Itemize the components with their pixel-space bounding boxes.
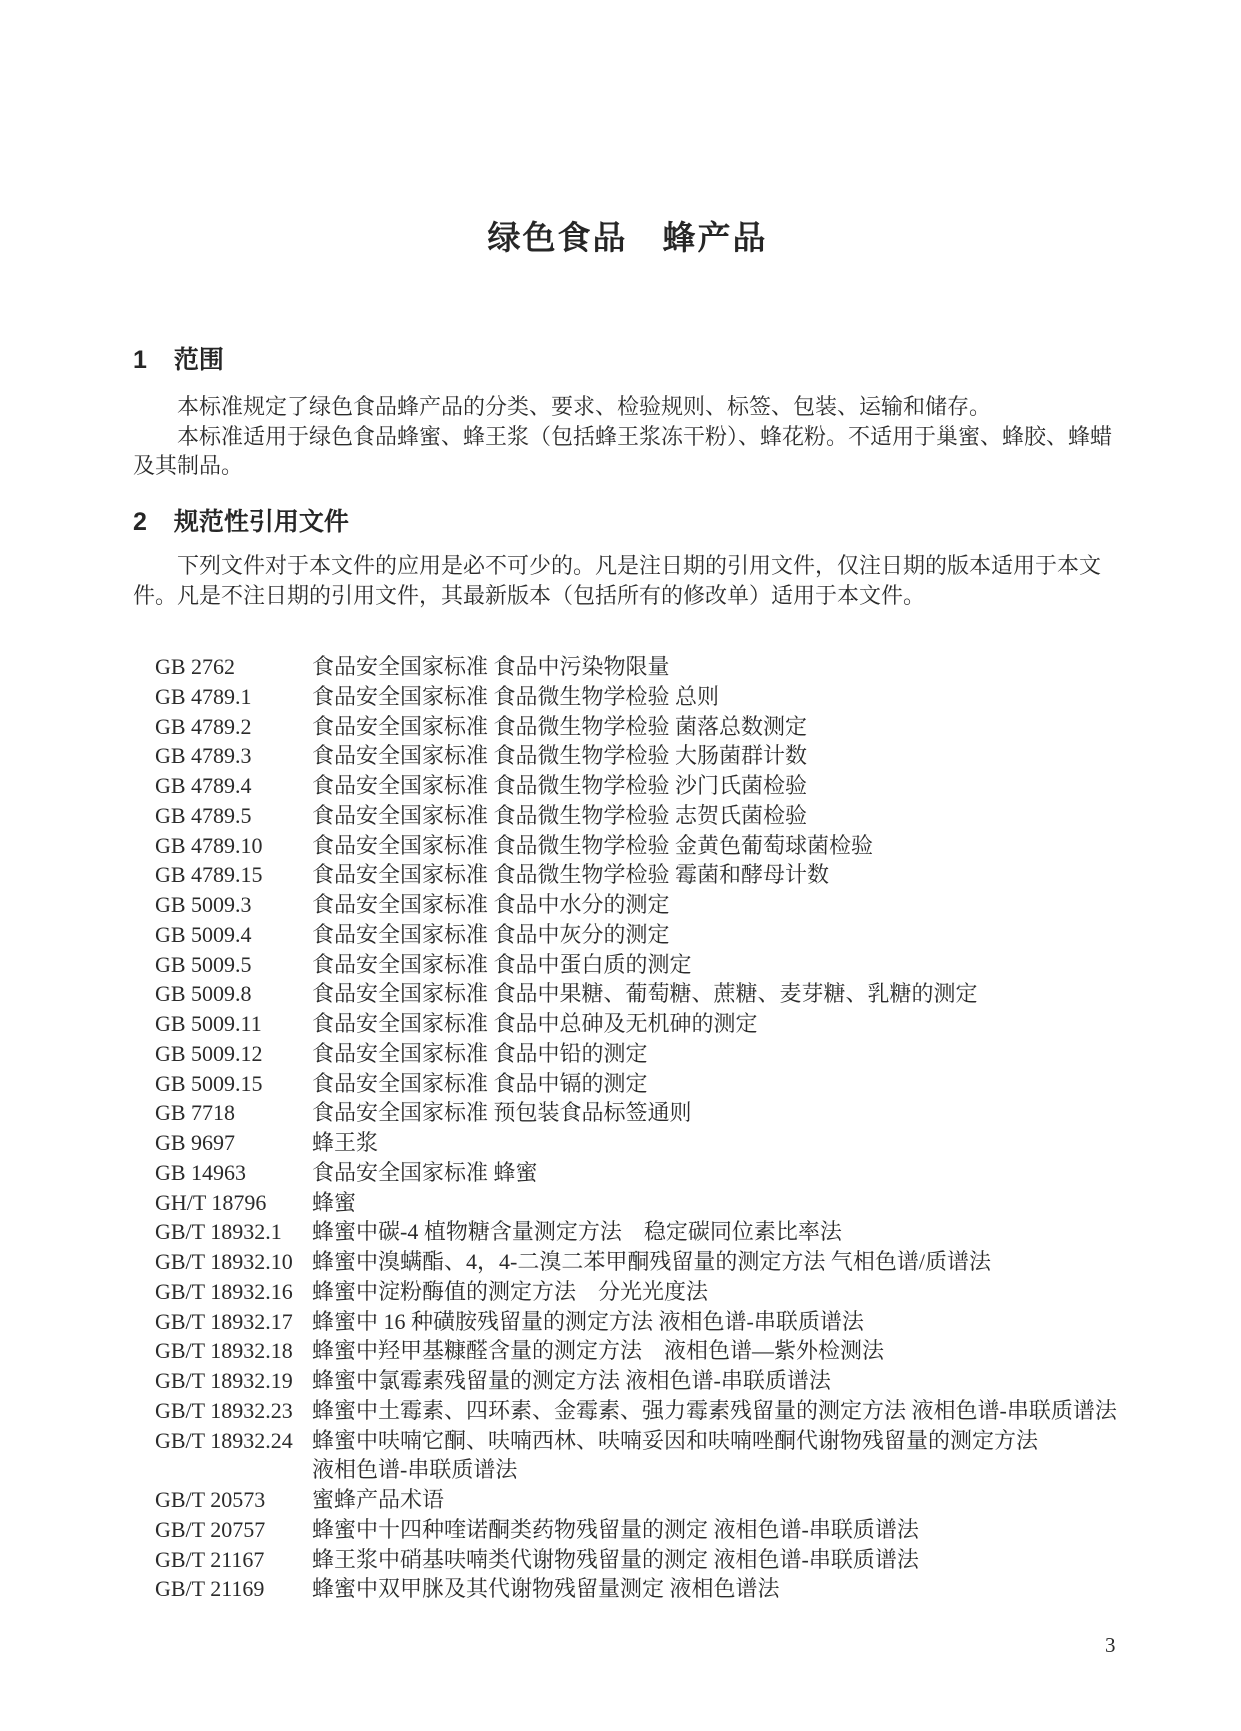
- reference-row: GB/T 18932.1蜂蜜中碳-4 植物糖含量测定方法 稳定碳同位素比率法: [155, 1217, 1155, 1247]
- reference-code: GB/T 21167: [155, 1545, 312, 1575]
- reference-row: GB 4789.3食品安全国家标准 食品微生物学检验 大肠菌群计数: [155, 741, 1155, 771]
- reference-title: 食品安全国家标准 食品中蛋白质的测定: [312, 950, 1155, 980]
- reference-title: 食品安全国家标准 食品中铅的测定: [312, 1039, 1155, 1069]
- reference-code: GB 4789.3: [155, 741, 312, 771]
- reference-title: 食品安全国家标准 蜂蜜: [312, 1158, 1155, 1188]
- reference-row: GB 4789.2食品安全国家标准 食品微生物学检验 菌落总数测定: [155, 712, 1155, 742]
- reference-title: 蜜蜂产品术语: [312, 1485, 1155, 1515]
- reference-code: GB 5009.8: [155, 979, 312, 1009]
- reference-code: GB 4789.15: [155, 860, 312, 890]
- reference-code: GB 4789.4: [155, 771, 312, 801]
- reference-row: GB 5009.11食品安全国家标准 食品中总砷及无机砷的测定: [155, 1009, 1155, 1039]
- reference-title: 食品安全国家标准 食品微生物学检验 志贺氏菌检验: [312, 801, 1155, 831]
- reference-title: 蜂蜜中羟甲基糠醛含量的测定方法 液相色谱—紫外检测法: [312, 1336, 1155, 1366]
- reference-row: GB 5009.3食品安全国家标准 食品中水分的测定: [155, 890, 1155, 920]
- reference-title: 蜂王浆中硝基呋喃类代谢物残留量的测定 液相色谱-串联质谱法: [312, 1545, 1155, 1575]
- reference-title: 蜂王浆: [312, 1128, 1155, 1158]
- reference-code: GB/T 18932.23: [155, 1396, 312, 1426]
- reference-code: GB 5009.15: [155, 1069, 312, 1099]
- reference-title: 食品安全国家标准 食品中镉的测定: [312, 1069, 1155, 1099]
- reference-row: GB 9697蜂王浆: [155, 1128, 1155, 1158]
- paragraph: 本标准适用于绿色食品蜂蜜、蜂王浆（包括蜂王浆冻干粉）、蜂花粉。不适用于巢蜜、蜂胶…: [133, 422, 1125, 481]
- reference-row: GB/T 21167蜂王浆中硝基呋喃类代谢物残留量的测定 液相色谱-串联质谱法: [155, 1545, 1155, 1575]
- reference-code: GB 5009.12: [155, 1039, 312, 1069]
- reference-title: 蜂蜜中碳-4 植物糖含量测定方法 稳定碳同位素比率法: [312, 1217, 1155, 1247]
- reference-code: GB/T 18932.19: [155, 1366, 312, 1396]
- reference-title: 食品安全国家标准 食品中灰分的测定: [312, 920, 1155, 950]
- reference-row: GB 2762食品安全国家标准 食品中污染物限量: [155, 652, 1155, 682]
- reference-title: 蜂蜜中氯霉素残留量的测定方法 液相色谱-串联质谱法: [312, 1366, 1155, 1396]
- reference-row: GB 4789.15食品安全国家标准 食品微生物学检验 霉菌和酵母计数: [155, 860, 1155, 890]
- reference-code: GB 5009.3: [155, 890, 312, 920]
- reference-code: GH/T 18796: [155, 1188, 312, 1218]
- reference-row: GB/T 18932.16蜂蜜中淀粉酶值的测定方法 分光光度法: [155, 1277, 1155, 1307]
- reference-title: 食品安全国家标准 食品微生物学检验 大肠菌群计数: [312, 741, 1155, 771]
- reference-code: GB/T 18932.1: [155, 1217, 312, 1247]
- reference-row: GB 5009.4食品安全国家标准 食品中灰分的测定: [155, 920, 1155, 950]
- reference-title: 蜂蜜: [312, 1188, 1155, 1218]
- section-heading-scope: 1范围: [133, 340, 224, 376]
- reference-title: 食品安全国家标准 预包装食品标签通则: [312, 1098, 1155, 1128]
- reference-code: GB/T 21169: [155, 1574, 312, 1604]
- reference-title: 蜂蜜中 16 种磺胺残留量的测定方法 液相色谱-串联质谱法: [312, 1307, 1155, 1337]
- reference-code: GB/T 18932.18: [155, 1336, 312, 1366]
- reference-row: GB 5009.5食品安全国家标准 食品中蛋白质的测定: [155, 950, 1155, 980]
- reference-row: GB 4789.1食品安全国家标准 食品微生物学检验 总则: [155, 682, 1155, 712]
- reference-row: GB 4789.10食品安全国家标准 食品微生物学检验 金黄色葡萄球菌检验: [155, 831, 1155, 861]
- reference-list: GB 2762食品安全国家标准 食品中污染物限量GB 4789.1食品安全国家标…: [155, 652, 1155, 1604]
- reference-code: GB 9697: [155, 1128, 312, 1158]
- reference-code: GB/T 18932.16: [155, 1277, 312, 1307]
- reference-title: 食品安全国家标准 食品中果糖、葡萄糖、蔗糖、麦芽糖、乳糖的测定: [312, 979, 1155, 1009]
- section-number: 1: [133, 346, 147, 375]
- reference-row: GB/T 18932.10蜂蜜中溴螨酯、4，4-二溴二苯甲酮残留量的测定方法 气…: [155, 1247, 1155, 1277]
- reference-title: 蜂蜜中双甲脒及其代谢物残留量测定 液相色谱法: [312, 1574, 1155, 1604]
- document-page: 绿色食品 蜂产品 1范围 本标准规定了绿色食品蜂产品的分类、要求、检验规则、标签…: [0, 0, 1241, 1731]
- reference-code: GB 5009.11: [155, 1009, 312, 1039]
- reference-row: GB 5009.8食品安全国家标准 食品中果糖、葡萄糖、蔗糖、麦芽糖、乳糖的测定: [155, 979, 1155, 1009]
- reference-title: 食品安全国家标准 食品微生物学检验 总则: [312, 682, 1155, 712]
- reference-code: GB 4789.5: [155, 801, 312, 831]
- references-intro: 下列文件对于本文件的应用是必不可少的。凡是注日期的引用文件，仅注日期的版本适用于…: [133, 551, 1125, 610]
- section-heading-label: 规范性引用文件: [174, 508, 349, 536]
- reference-row: GB/T 18932.17蜂蜜中 16 种磺胺残留量的测定方法 液相色谱-串联质…: [155, 1307, 1155, 1337]
- reference-row: GB 4789.5食品安全国家标准 食品微生物学检验 志贺氏菌检验: [155, 801, 1155, 831]
- reference-row: GB 14963食品安全国家标准 蜂蜜: [155, 1158, 1155, 1188]
- paragraph: 下列文件对于本文件的应用是必不可少的。凡是注日期的引用文件，仅注日期的版本适用于…: [133, 551, 1125, 610]
- reference-code: GB 4789.1: [155, 682, 312, 712]
- page-title: 绿色食品 蜂产品: [0, 212, 1241, 259]
- reference-code: GB 5009.4: [155, 920, 312, 950]
- reference-title: 液相色谱-串联质谱法: [312, 1455, 1155, 1485]
- scope-paragraphs: 本标准规定了绿色食品蜂产品的分类、要求、检验规则、标签、包装、运输和储存。 本标…: [133, 392, 1125, 481]
- reference-code: GB/T 18932.10: [155, 1247, 312, 1277]
- reference-title: 食品安全国家标准 食品微生物学检验 菌落总数测定: [312, 712, 1155, 742]
- reference-code: GB/T 18932.24: [155, 1426, 312, 1456]
- section-heading-label: 范围: [174, 346, 224, 374]
- paragraph: 本标准规定了绿色食品蜂产品的分类、要求、检验规则、标签、包装、运输和储存。: [133, 392, 1125, 422]
- reference-row: GB/T 18932.24蜂蜜中呋喃它酮、呋喃西林、呋喃妥因和呋喃唑酮代谢物残留…: [155, 1426, 1155, 1456]
- reference-row: GB/T 18932.23蜂蜜中土霉素、四环素、金霉素、强力霉素残留量的测定方法…: [155, 1396, 1155, 1426]
- section-heading-normative-references: 2规范性引用文件: [133, 502, 349, 538]
- reference-code: GB 5009.5: [155, 950, 312, 980]
- reference-row: GB 4789.4食品安全国家标准 食品微生物学检验 沙门氏菌检验: [155, 771, 1155, 801]
- reference-title: 蜂蜜中淀粉酶值的测定方法 分光光度法: [312, 1277, 1155, 1307]
- reference-row: 液相色谱-串联质谱法: [155, 1455, 1155, 1485]
- reference-title: 食品安全国家标准 食品中总砷及无机砷的测定: [312, 1009, 1155, 1039]
- reference-code: GB 7718: [155, 1098, 312, 1128]
- reference-code: GB/T 20757: [155, 1515, 312, 1545]
- reference-row: GB/T 20573蜜蜂产品术语: [155, 1485, 1155, 1515]
- reference-row: GB 7718食品安全国家标准 预包装食品标签通则: [155, 1098, 1155, 1128]
- reference-title: 蜂蜜中呋喃它酮、呋喃西林、呋喃妥因和呋喃唑酮代谢物残留量的测定方法: [312, 1426, 1155, 1456]
- reference-row: GB/T 18932.18蜂蜜中羟甲基糠醛含量的测定方法 液相色谱—紫外检测法: [155, 1336, 1155, 1366]
- reference-title: 食品安全国家标准 食品中污染物限量: [312, 652, 1155, 682]
- reference-row: GB 5009.12食品安全国家标准 食品中铅的测定: [155, 1039, 1155, 1069]
- reference-title: 食品安全国家标准 食品中水分的测定: [312, 890, 1155, 920]
- reference-code: GB/T 20573: [155, 1485, 312, 1515]
- reference-row: GB/T 18932.19蜂蜜中氯霉素残留量的测定方法 液相色谱-串联质谱法: [155, 1366, 1155, 1396]
- reference-title: 食品安全国家标准 食品微生物学检验 霉菌和酵母计数: [312, 860, 1155, 890]
- reference-row: GB/T 20757蜂蜜中十四种喹诺酮类药物残留量的测定 液相色谱-串联质谱法: [155, 1515, 1155, 1545]
- page-number: 3: [1105, 1633, 1116, 1658]
- reference-title: 食品安全国家标准 食品微生物学检验 金黄色葡萄球菌检验: [312, 831, 1155, 861]
- reference-code: GB 4789.10: [155, 831, 312, 861]
- reference-title: 蜂蜜中土霉素、四环素、金霉素、强力霉素残留量的测定方法 液相色谱-串联质谱法: [312, 1396, 1155, 1426]
- reference-row: GB 5009.15食品安全国家标准 食品中镉的测定: [155, 1069, 1155, 1099]
- section-number: 2: [133, 508, 147, 537]
- reference-code: GB 4789.2: [155, 712, 312, 742]
- reference-row: GB/T 21169蜂蜜中双甲脒及其代谢物残留量测定 液相色谱法: [155, 1574, 1155, 1604]
- reference-code: GB 14963: [155, 1158, 312, 1188]
- reference-code: GB 2762: [155, 652, 312, 682]
- reference-title: 蜂蜜中溴螨酯、4，4-二溴二苯甲酮残留量的测定方法 气相色谱/质谱法: [312, 1247, 1155, 1277]
- reference-title: 食品安全国家标准 食品微生物学检验 沙门氏菌检验: [312, 771, 1155, 801]
- reference-row: GH/T 18796蜂蜜: [155, 1188, 1155, 1218]
- reference-code: GB/T 18932.17: [155, 1307, 312, 1337]
- reference-title: 蜂蜜中十四种喹诺酮类药物残留量的测定 液相色谱-串联质谱法: [312, 1515, 1155, 1545]
